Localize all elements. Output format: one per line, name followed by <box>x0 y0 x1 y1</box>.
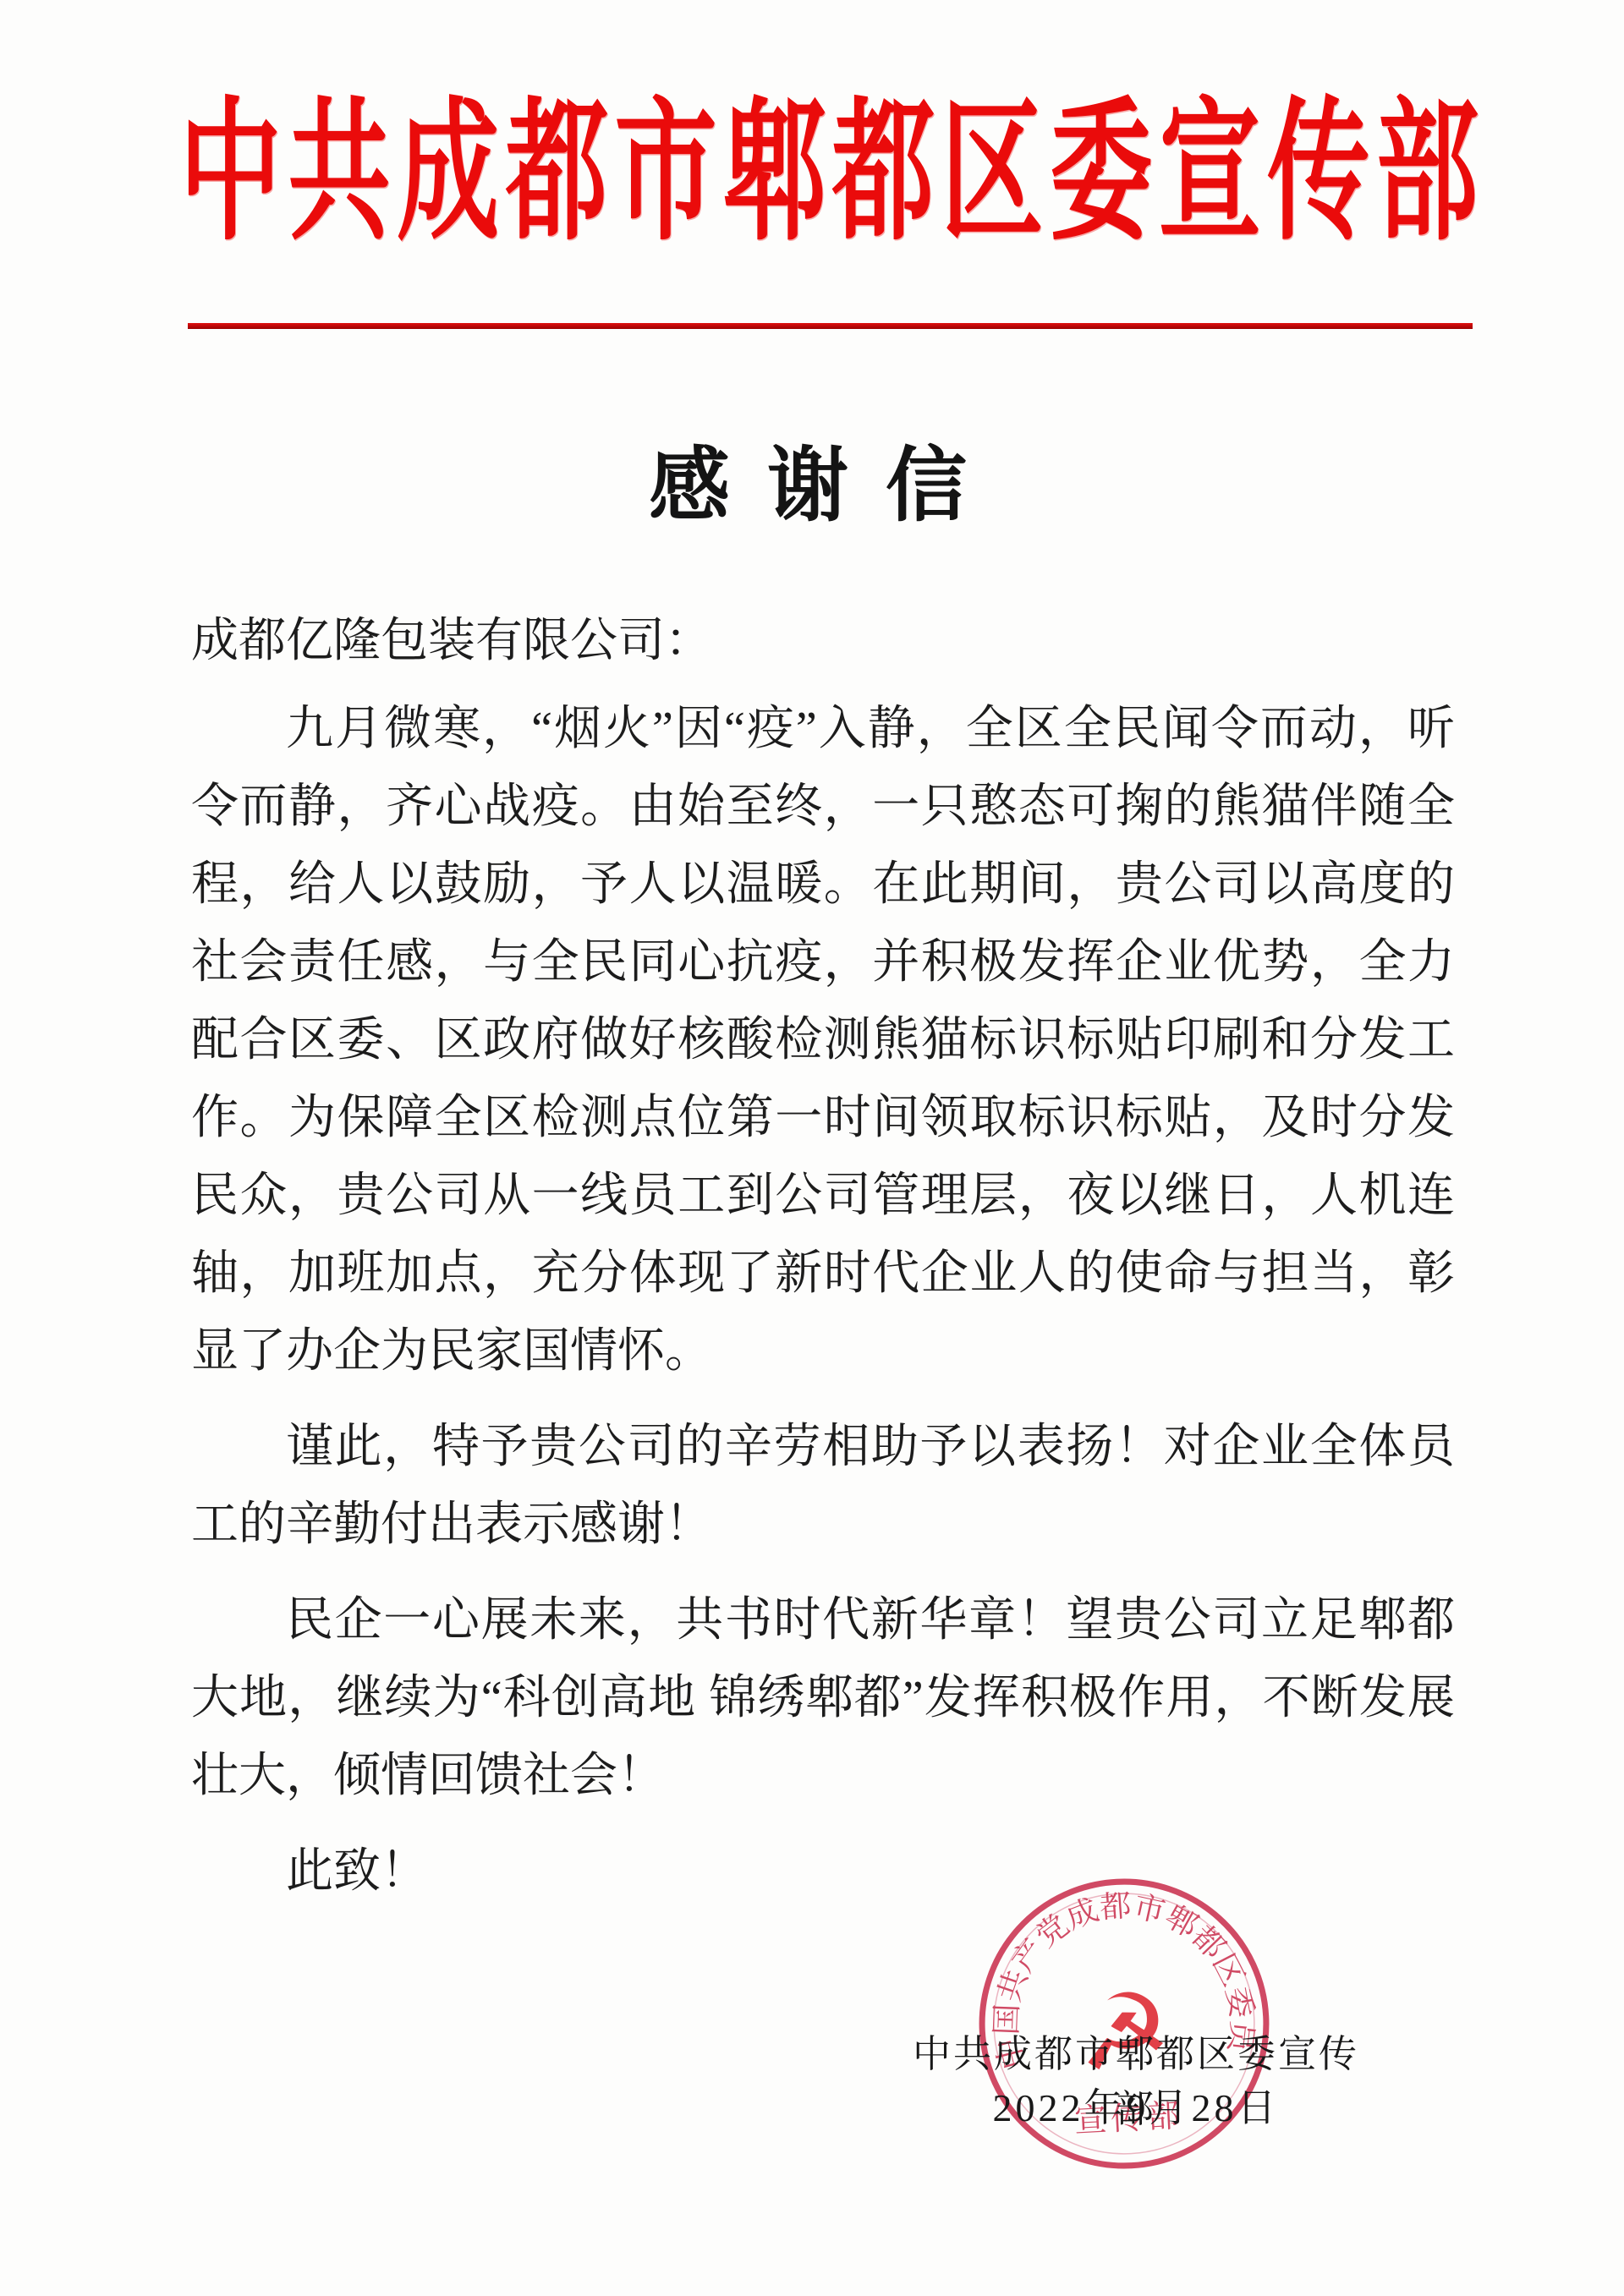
body-paragraph-3: 民企一心展未来，共书时代新华章！望贵公司立足郫都大地，继续为“科创高地 锦绣郫都… <box>191 1581 1455 1815</box>
body-paragraph-1: 九月微寒，“烟火”因“疫”入静，全区全民闻令而动，听令而静，齐心战疫。由始至终，… <box>191 690 1455 1390</box>
letter-body: 成都亿隆包装有限公司： 九月微寒，“烟火”因“疫”入静，全区全民闻令而动，听令而… <box>191 602 1455 1910</box>
letter-page: 中共成都市郫都区委宣传部 感 谢 信 成都亿隆包装有限公司： 九月微寒，“烟火”… <box>0 0 1624 2296</box>
document-title: 感 谢 信 <box>0 441 1624 531</box>
letterhead-divider-rule <box>188 323 1473 329</box>
body-paragraph-2: 谨此，特予贵公司的辛劳相助予以表扬！对企业全体员工的辛勤付出表示感谢！ <box>191 1408 1455 1564</box>
signature-date: 2022年9月28日 <box>895 2077 1377 2133</box>
letterhead-org-title: 中共成都市郫都区委宣传部 <box>179 98 1479 252</box>
salutation-line: 成都亿隆包装有限公司： <box>191 602 1455 680</box>
